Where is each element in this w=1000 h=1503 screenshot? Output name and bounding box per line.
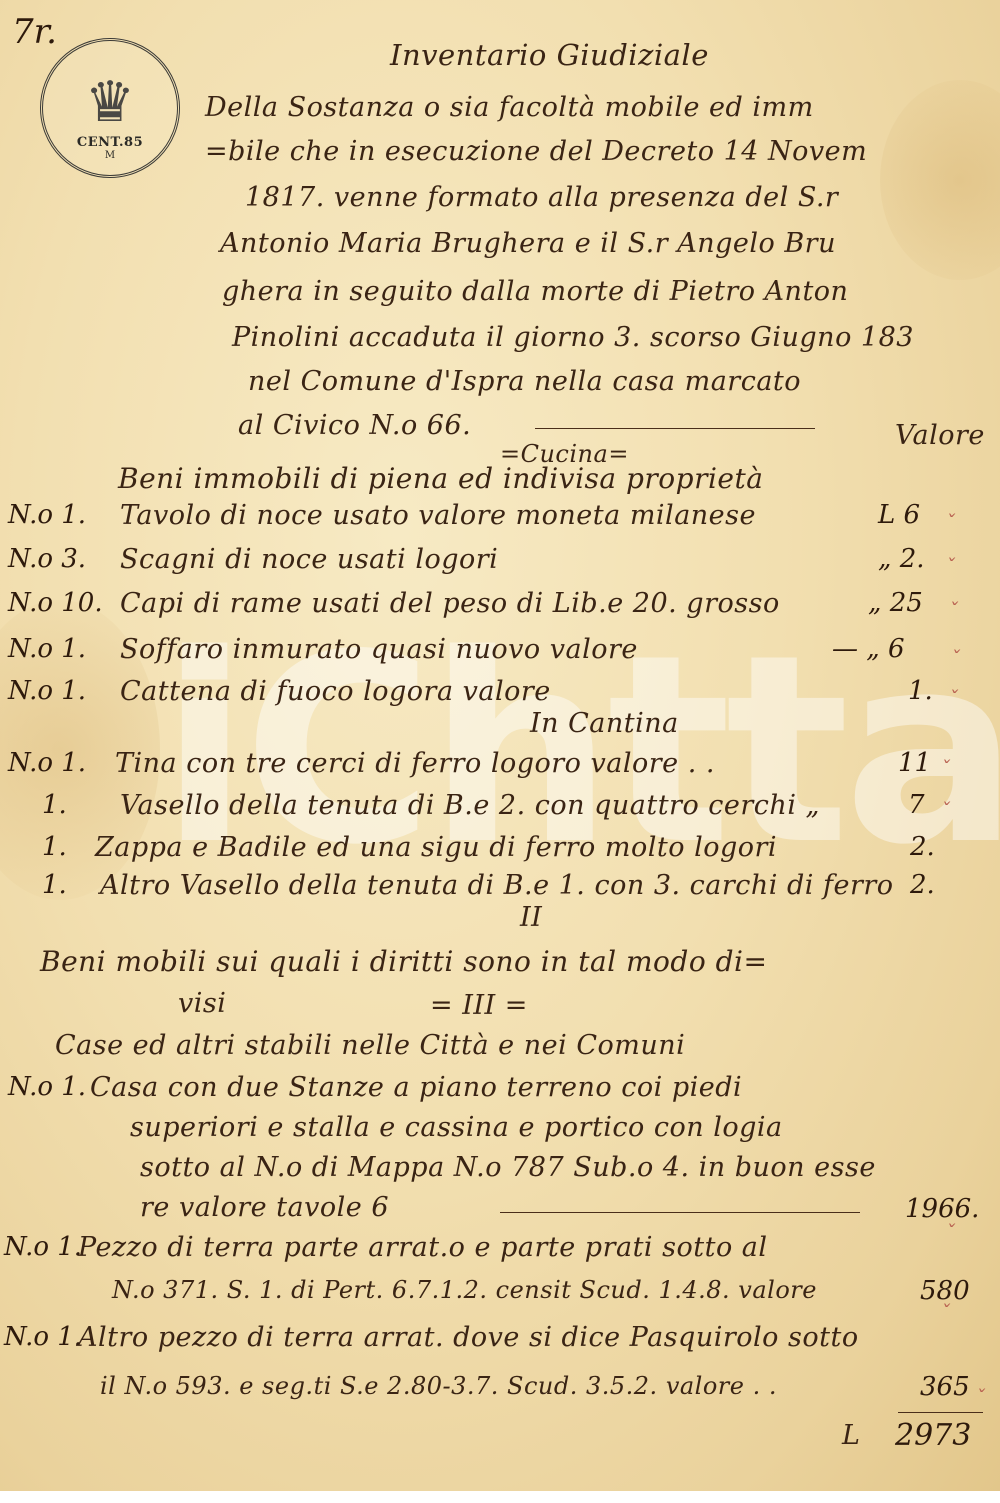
item-value: 7: [908, 790, 925, 820]
check-tick: ˇ: [945, 510, 955, 534]
item-value: 11: [898, 748, 931, 778]
check-tick: ˇ: [940, 756, 950, 780]
value-column-header: Valore: [895, 420, 985, 451]
item-description: Scagni di noce usati logori: [120, 544, 498, 575]
item-quantity: N.o 1.: [8, 1072, 86, 1102]
item-quantity: 1.: [42, 832, 67, 862]
paper-stain: [880, 80, 1000, 280]
check-tick: ˇ: [945, 1220, 955, 1244]
item-quantity: N.o 1.: [8, 676, 86, 706]
check-tick: ˇ: [945, 554, 955, 578]
item-description-line: re valore tavole 6: [140, 1192, 389, 1223]
preamble-line: =bile che in esecuzione del Decreto 14 N…: [205, 136, 867, 167]
check-tick: ˇ: [975, 1385, 985, 1409]
item-quantity: N.o 1.: [4, 1322, 82, 1352]
item-description: Vasello della tenuta di B.e 2. con quatt…: [120, 790, 820, 821]
item-description-line: sotto al N.o di Mappa N.o 787 Sub.o 4. i…: [140, 1152, 876, 1183]
section-numeral-III: = III =: [430, 990, 528, 1021]
total-rule: [898, 1412, 983, 1413]
item-quantity: N.o 1.: [4, 1232, 82, 1262]
item-description-line: Altro pezzo di terra arrat. dove si dice…: [78, 1322, 859, 1353]
item-value: L 6: [878, 500, 920, 530]
underline-rule: [500, 1212, 860, 1213]
item-value: 2.: [910, 832, 935, 862]
item-description-line: il N.o 593. e seg.ti S.e 2.80-3.7. Scud.…: [100, 1372, 777, 1400]
preamble-line: Della Sostanza o sia facoltà mobile ed i…: [205, 92, 814, 123]
preamble-line: Pinolini accaduta il giorno 3. scorso Gi…: [232, 322, 914, 353]
check-tick: ˇ: [940, 798, 950, 822]
document-title: Inventario Giudiziale: [390, 38, 709, 72]
preamble-line: al Civico N.o 66.: [238, 410, 471, 441]
item-description: Altro Vasello della tenuta di B.e 1. con…: [100, 870, 894, 901]
item-description: Capi di rame usati del peso di Lib.e 20.…: [120, 588, 780, 619]
item-quantity: 1.: [42, 870, 67, 900]
total-value: 2973: [895, 1418, 971, 1453]
item-quantity: N.o 1.: [8, 634, 86, 664]
item-value: 1.: [908, 676, 933, 706]
total-currency-label: L: [842, 1420, 860, 1451]
section-heading: Beni immobili di piena ed indivisa propr…: [118, 462, 763, 495]
check-tick: ˇ: [948, 598, 958, 622]
double-headed-eagle-icon: ♛: [85, 75, 135, 131]
item-description-line: Pezzo di terra parte arrat.o e parte pra…: [78, 1232, 768, 1263]
item-value: „ 25: [868, 588, 923, 618]
item-description: Cattena di fuoco logora valore: [120, 676, 551, 707]
underline-rule: [535, 428, 815, 429]
item-description: Soffaro inmurato quasi nuovo valore: [120, 634, 638, 665]
item-quantity: N.o 1.: [8, 748, 86, 778]
item-description: Tavolo di noce usato valore moneta milan…: [120, 500, 756, 531]
check-tick: ˇ: [940, 1300, 950, 1324]
item-value: 2.: [910, 870, 935, 900]
item-value: „ 2.: [878, 544, 925, 574]
preamble-line: Antonio Maria Brughera e il S.r Angelo B…: [220, 228, 836, 259]
item-description: Tina con tre cerci di ferro logoro valor…: [115, 748, 715, 779]
item-description-line: superiori e stalla e cassina e portico c…: [130, 1112, 783, 1143]
preamble-line: 1817. venne formato alla presenza del S.…: [245, 182, 838, 213]
preamble-line: ghera in seguito dalla morte di Pietro A…: [222, 276, 848, 307]
section-numeral-II: II: [520, 902, 542, 933]
item-quantity: N.o 3.: [8, 544, 86, 574]
item-quantity: 1.: [42, 790, 67, 820]
folio-mark: 7r.: [12, 12, 57, 52]
item-quantity: N.o 1.: [8, 500, 86, 530]
tax-stamp: ♛ CENT.85 M: [40, 38, 180, 178]
item-description-line: N.o 371. S. 1. di Pert. 6.7.1.2. censit …: [112, 1276, 817, 1304]
stamp-value: CENT.85: [77, 135, 143, 150]
preamble-line: nel Comune d'Ispra nella casa marcato: [248, 366, 801, 397]
stamp-mark: M: [105, 150, 115, 161]
section-II-text-continued: visi: [178, 988, 226, 1019]
section-II-text: Beni mobili sui quali i diritti sono in …: [40, 945, 767, 978]
item-value: 365: [920, 1372, 970, 1402]
item-value: — „ 6: [832, 634, 905, 664]
item-description: Zappa e Badile ed una sigu di ferro molt…: [95, 832, 777, 863]
check-tick: ˇ: [948, 686, 958, 710]
section-cantina-heading: In Cantina: [530, 708, 679, 739]
item-value: 1966.: [905, 1194, 979, 1224]
section-III-text: Case ed altri stabili nelle Città e nei …: [55, 1030, 685, 1061]
check-tick: ˇ: [950, 646, 960, 670]
item-description-line: Casa con due Stanze a piano terreno coi …: [90, 1072, 742, 1103]
item-quantity: N.o 10.: [8, 588, 103, 618]
page-edge: [0, 1491, 1000, 1503]
